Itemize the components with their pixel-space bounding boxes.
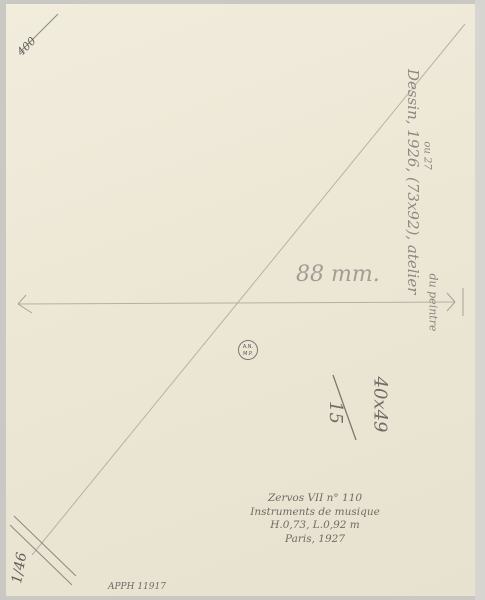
artwork-place-date: Paris, 1927 (250, 533, 380, 547)
catalogue-ref: Zervos VII n° 110 (250, 492, 380, 506)
fraction-numerator: 40x49 (369, 377, 390, 433)
diagonal-line (32, 24, 465, 555)
artwork-caption: Zervos VII n° 110 Instruments de musique… (250, 492, 380, 546)
right-margin-note: Dessin, 1926, (73x92), atelier (404, 69, 422, 319)
artwork-title: Instruments de musique (250, 506, 380, 520)
inventory-number: APPH 11917 (108, 582, 166, 592)
archive-stamp: A.N. M.P. (238, 340, 258, 360)
right-margin-note-alt: ou 27 (422, 141, 433, 169)
right-margin-note-line2: du peintre (426, 274, 439, 332)
artwork-dimensions: H.0,73, L.0,92 m (250, 519, 380, 533)
right-margin-line1: Dessin, 1926, (73x92), atelier (404, 69, 422, 294)
measurement-label: 88 mm. (296, 262, 380, 287)
fraction-denominator: 15 (325, 401, 346, 424)
